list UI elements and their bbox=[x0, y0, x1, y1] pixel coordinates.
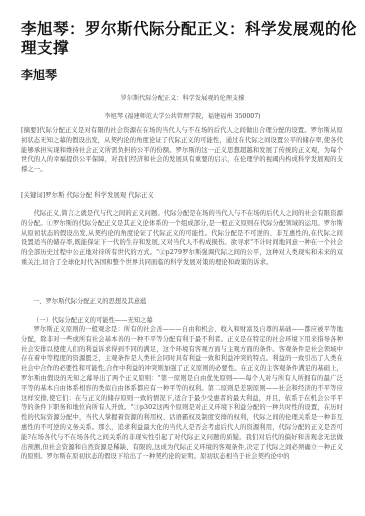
subsection-heading: （一）代际分配正义的可能性——无知之幕 bbox=[33, 315, 153, 324]
document-title: 李旭琴：罗尔斯代际分配正义：科学发展观的伦理支撑 bbox=[21, 20, 361, 58]
abstract: [摘要]代际分配正义是对有限的社会资源在在场的当代人与不在场的后代人之间做出合理… bbox=[21, 126, 343, 175]
section-heading: 一、罗尔斯代际分配正义的思想及其意蕴 bbox=[33, 296, 146, 305]
document-subtitle: 罗尔斯代际分配正义：科学发展观的伦理支撑 bbox=[0, 93, 365, 102]
author-name: 李旭琴 bbox=[21, 66, 57, 83]
body-paragraph: 罗尔斯正义原则的一般观念是：所有的社会善———自由和机会、收入和财富及自尊的基础… bbox=[21, 325, 343, 462]
intro-paragraph: 代际正义,简言之就是代与代之间的正义问题。代际分配是在场的当代人与不在场的后代人… bbox=[21, 209, 343, 268]
keywords: [关键词]罗尔斯 代际分配 科学发展观 代际正义 bbox=[21, 191, 343, 201]
author-affiliation: 李旭琴 (福建师范大学公共管理学院，福建福州 350007) bbox=[0, 111, 365, 120]
